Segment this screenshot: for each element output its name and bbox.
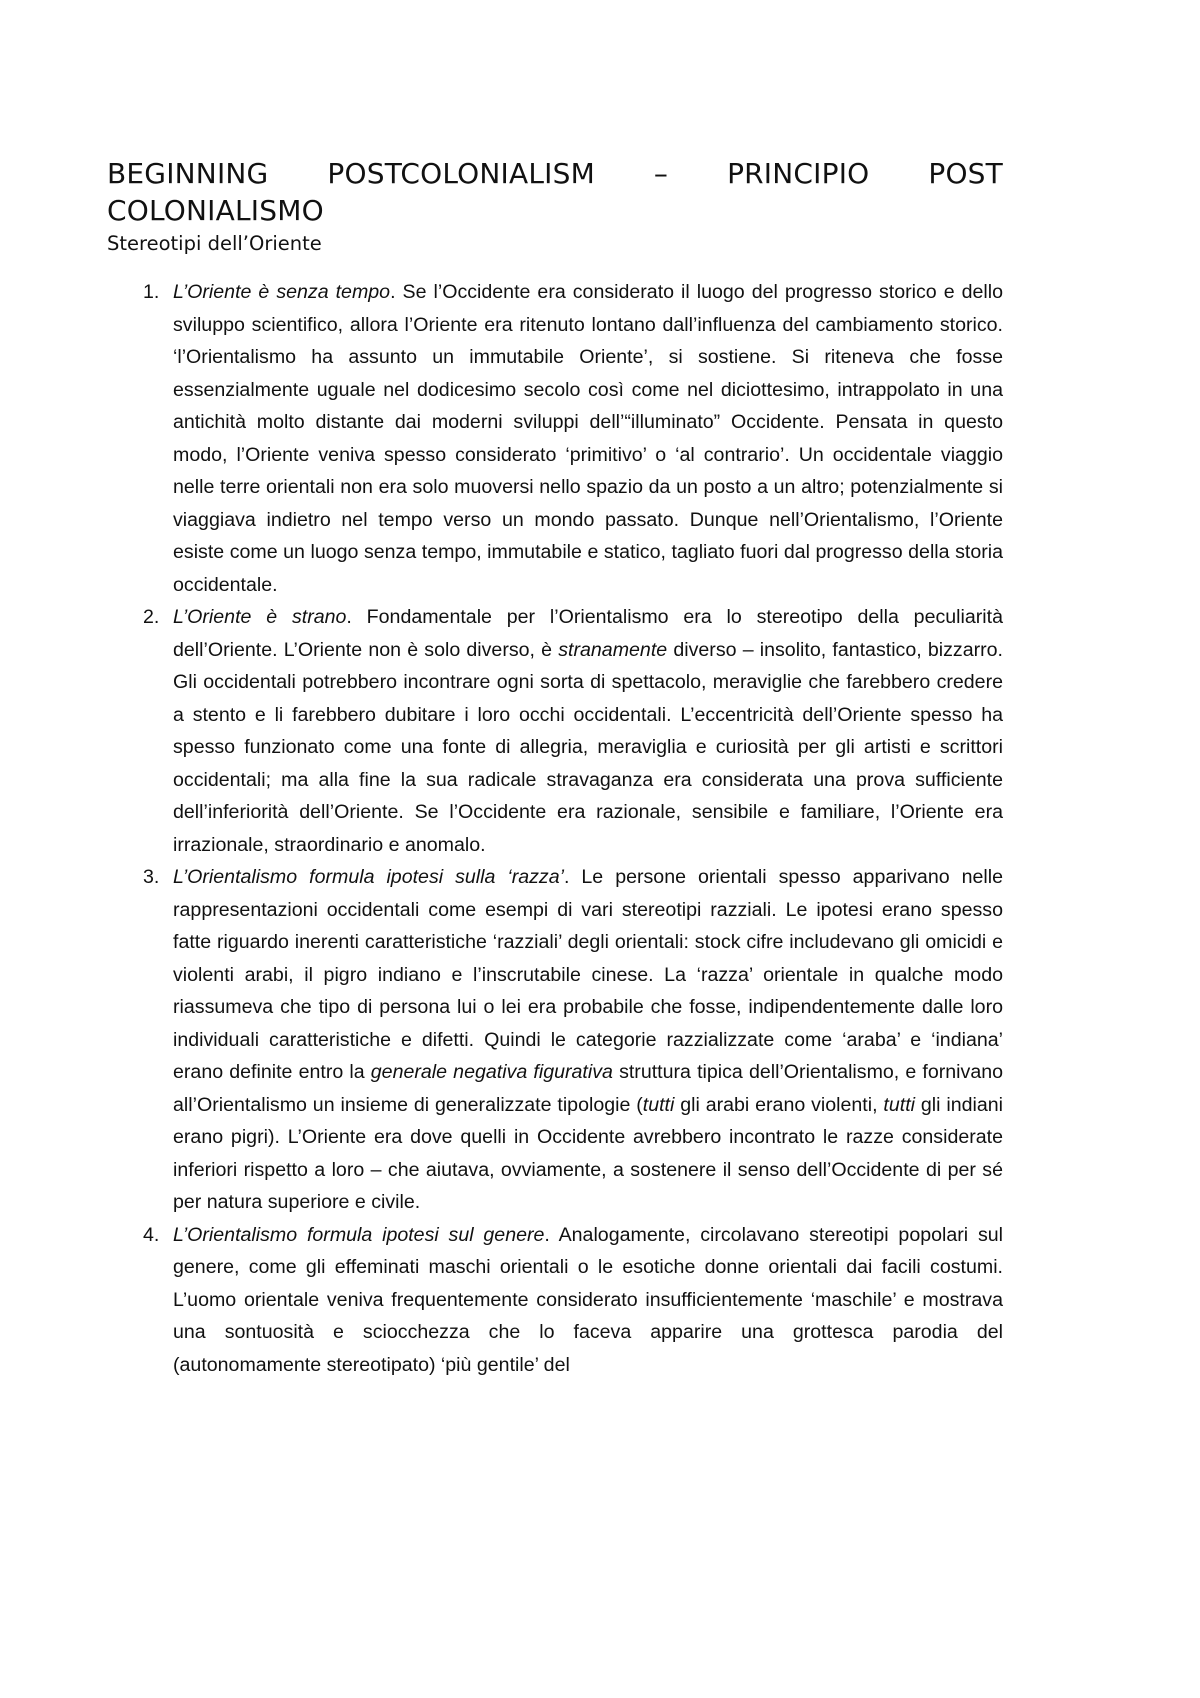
title-line-1: BEGINNING POSTCOLONIALISM – PRINCIPIO PO… [107,155,1003,192]
document-title: BEGINNING POSTCOLONIALISM – PRINCIPIO PO… [107,155,1003,229]
item-heading: L’Oriente è senza tempo [173,281,390,303]
emphasis: stranamente [558,639,667,661]
title-word: POSTCOLONIALISM [327,155,595,192]
title-line-2: COLONIALISMO [107,194,324,227]
item-heading: L’Orientalismo formula ipotesi sul gener… [173,1224,544,1246]
list-number: 2. [143,601,159,634]
emphasis: tutti [883,1094,915,1116]
list-item: 2. L’Oriente è strano. Fondamentale per … [107,601,1003,861]
item-body: . Le persone orientali spesso apparivano… [173,866,1003,1083]
item-heading: L’Orientalismo formula ipotesi sulla ‘ra… [173,866,564,888]
list-number: 1. [143,276,159,309]
emphasis: tutti [643,1094,675,1116]
stereotype-list: 1. L’Oriente è senza tempo. Se l’Occiden… [107,276,1003,1381]
list-item: 1. L’Oriente è senza tempo. Se l’Occiden… [107,276,1003,601]
title-word: – [654,155,668,192]
list-number: 4. [143,1219,159,1252]
list-number: 3. [143,861,159,894]
item-body: . Se l’Occidente era considerato il luog… [173,281,1003,596]
title-word: BEGINNING [107,155,268,192]
item-body: gli arabi erano violenti, [674,1094,883,1116]
item-body: . Analogamente, circolavano stereotipi p… [173,1224,1003,1376]
section-subtitle: Stereotipi dell’Oriente [107,230,1003,258]
document-page: BEGINNING POSTCOLONIALISM – PRINCIPIO PO… [107,155,1003,1381]
title-word: POST [928,155,1003,192]
emphasis: generale negativa figurativa [371,1061,613,1083]
list-item: 3. L’Orientalismo formula ipotesi sulla … [107,861,1003,1219]
title-word: PRINCIPIO [727,155,869,192]
item-heading: L’Oriente è strano [173,606,346,628]
list-item: 4. L’Orientalismo formula ipotesi sul ge… [107,1219,1003,1382]
item-body: diverso – insolito, fantastico, bizzarro… [173,639,1003,856]
